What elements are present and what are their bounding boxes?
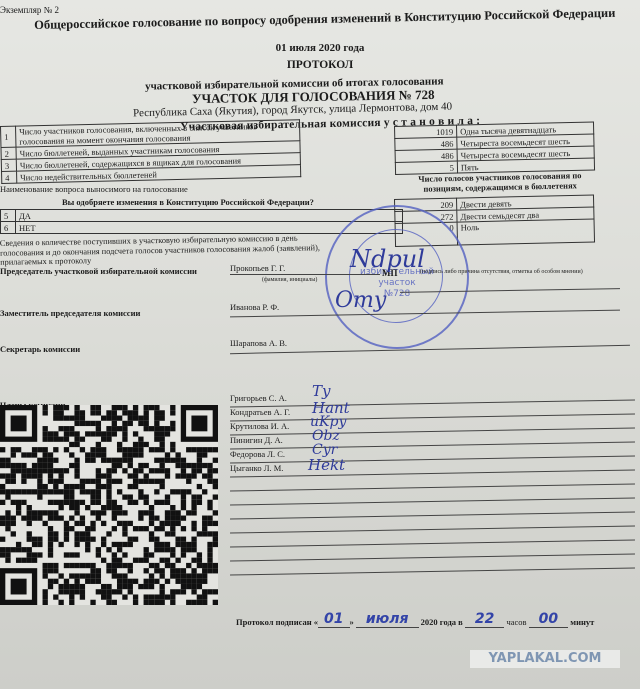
member-signature: Ty <box>312 382 330 400</box>
row-number: 4 <box>2 171 17 183</box>
signature-line <box>230 511 635 519</box>
protocol-page: Экземпляр № 2 Общероссийское голосование… <box>0 0 640 689</box>
signature-line <box>230 497 635 505</box>
name-hint: (фамилия, инициалы) <box>262 277 317 283</box>
signature-line <box>230 274 380 275</box>
signed-day: 01 <box>318 611 349 628</box>
deputy-name: Иванова Р. Ф. <box>230 302 279 312</box>
member-name: Цыганко Л. М. <box>230 463 283 473</box>
member-name: Федорова Л. С. <box>230 449 285 459</box>
secretary-name: Шарапова А. В. <box>230 338 287 348</box>
member-name: Григорьев С. А. <box>230 393 287 403</box>
counts-table-right: 1019Одна тысяча девятнадцать 486Четырест… <box>394 121 595 175</box>
question-text: Вы одобряете изменения в Конституцию Рос… <box>62 197 314 207</box>
signature-line <box>230 567 635 575</box>
signature-line <box>230 345 630 354</box>
signed-hours: 22 <box>465 611 504 628</box>
row-number: 1 <box>1 126 16 147</box>
row-number: 6 <box>1 222 16 234</box>
minutes-label: минут <box>570 617 594 627</box>
signed-month: июля <box>356 611 419 628</box>
document-type: ПРОТОКОЛ <box>0 59 640 71</box>
votes-column-header: Число голосов участников голосования по … <box>400 170 600 195</box>
signature-line <box>230 525 635 533</box>
site-watermark: YAPLAKAL.COM <box>470 650 620 668</box>
qr-code <box>0 405 218 605</box>
row-number: 3 <box>1 159 16 171</box>
secretary-role: Секретарь комиссии <box>0 344 80 354</box>
signature-hint: (подпись либо причина отсутствия, отметк… <box>420 269 583 275</box>
chair-signature: Ndpul <box>350 245 425 273</box>
signed-footer: Протокол подписан «01» июля 2020 года в … <box>236 613 594 629</box>
complaints-words: Ноль <box>457 219 594 245</box>
member-signature: Hekt <box>308 456 345 474</box>
counts-table-left: 1Число участников голосования, включенны… <box>0 119 301 184</box>
signature-line <box>230 441 635 449</box>
signature-line <box>230 455 635 463</box>
deputy-role: Заместитель председателя комиссии <box>0 308 140 318</box>
row-number: 5 <box>1 210 16 222</box>
signature-line <box>230 413 635 421</box>
chair-role: Председатель участковой избирательной ко… <box>0 266 197 276</box>
hours-label: часов <box>506 617 526 627</box>
row-number: 2 <box>1 147 16 159</box>
member-name: Пинигин Д. А. <box>230 435 283 445</box>
deputy-signature: Omy <box>335 288 386 313</box>
signature-line <box>230 399 635 407</box>
copy-number: Экземпляр № 2 <box>0 5 59 15</box>
member-name: Крутилова И. А. <box>230 421 289 431</box>
document-title: Общероссийское голосование по вопросу од… <box>34 6 616 33</box>
document-date: 01 июля 2020 года <box>0 42 640 54</box>
signature-line <box>230 427 635 435</box>
chair-name: Прокопьев Г. Г. <box>230 263 285 273</box>
signed-label: Протокол подписан <box>236 617 312 627</box>
signed-year: 2020 года в <box>421 617 463 627</box>
signature-line <box>230 469 635 477</box>
signature-line <box>230 483 635 491</box>
signature-line <box>230 553 635 561</box>
question-header: Наименование вопроса выносимого на голос… <box>0 184 188 194</box>
answer-label: ДА <box>16 210 403 222</box>
signed-minutes: 00 <box>529 611 568 628</box>
signature-line <box>230 539 635 547</box>
member-name: Кондратьев А. Г. <box>230 407 290 417</box>
table-row: 5ДА <box>1 210 403 222</box>
